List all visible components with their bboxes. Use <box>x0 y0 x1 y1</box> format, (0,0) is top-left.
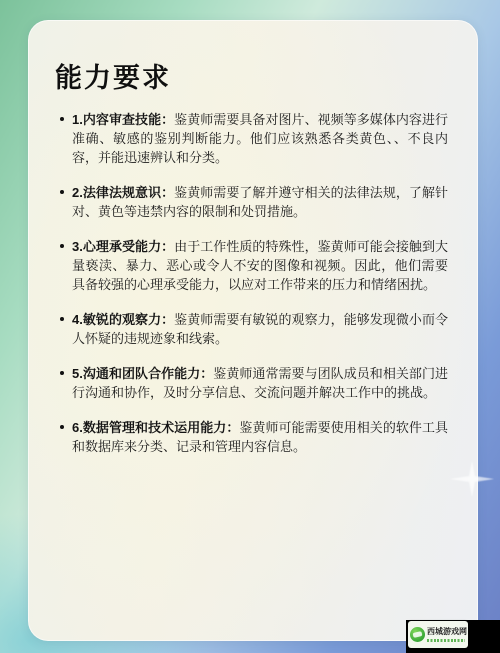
page-background: { "page": { "title": "能力要求" }, "list": {… <box>0 0 500 653</box>
list-item-lead: 3.心理承受能力： <box>72 239 174 254</box>
list-item: 3.心理承受能力：由于工作性质的特殊性，鉴黄师可能会接触到大量亵渎、暴力、恶心或… <box>60 237 448 294</box>
watermark-subtext <box>427 639 465 642</box>
list-item-lead: 2.法律法规意识： <box>72 185 174 200</box>
list-item: 5.沟通和团队合作能力：鉴黄师通常需要与团队成员和相关部门进行沟通和协作，及时分… <box>60 364 448 402</box>
requirements-list: 1.内容审查技能：鉴黄师需要具备对图片、视频等多媒体内容进行准确、敏感的鉴别判断… <box>60 110 448 472</box>
list-item-lead: 6.数据管理和技术运用能力： <box>72 420 239 435</box>
list-item: 6.数据管理和技术运用能力：鉴黄师可能需要使用相关的软件工具和数据库来分类、记录… <box>60 418 448 456</box>
list-item-lead: 4.敏锐的观察力： <box>72 312 174 327</box>
watermark-logo-icon <box>410 627 425 642</box>
bullet-dot <box>60 117 64 121</box>
bullet-dot <box>60 371 64 375</box>
watermark-site-name: 西城游戏网 <box>427 627 467 637</box>
list-item-lead: 1.内容审查技能： <box>72 112 174 127</box>
watermark-badge: 西城游戏网 <box>408 621 468 648</box>
bullet-dot <box>60 317 64 321</box>
bullet-dot <box>60 190 64 194</box>
page-title: 能力要求 <box>55 62 171 94</box>
list-item-lead: 5.沟通和团队合作能力： <box>72 366 213 381</box>
content-card: 能力要求 1.内容审查技能：鉴黄师需要具备对图片、视频等多媒体内容进行准确、敏感… <box>28 20 478 641</box>
bullet-dot <box>60 425 64 429</box>
watermark-logo-glyph-icon <box>413 631 423 638</box>
list-item: 2.法律法规意识：鉴黄师需要了解并遵守相关的法律法规，了解针对、黄色等违禁内容的… <box>60 183 448 221</box>
list-item: 4.敏锐的观察力：鉴黄师需要有敏锐的观察力，能够发现微小而令人怀疑的违规迹象和线… <box>60 310 448 348</box>
bullet-dot <box>60 244 64 248</box>
list-item: 1.内容审查技能：鉴黄师需要具备对图片、视频等多媒体内容进行准确、敏感的鉴别判断… <box>60 110 448 167</box>
